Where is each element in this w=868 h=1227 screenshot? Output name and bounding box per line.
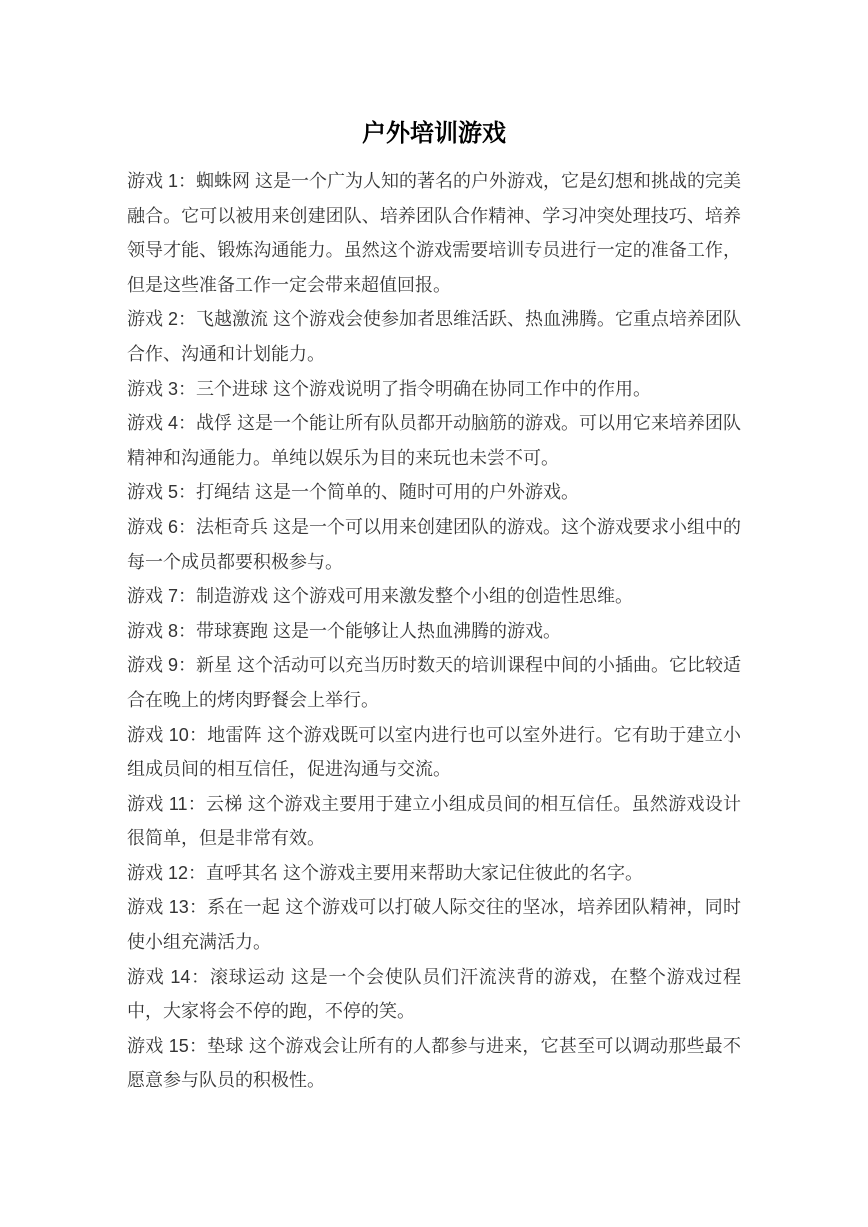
paragraph-game-10: 游戏 10：地雷阵 这个游戏既可以室内进行也可以室外进行。它有助于建立小组成员间…: [127, 718, 741, 787]
document-page: 户外培训游戏 游戏 1：蜘蛛网 这是一个广为人知的著名的户外游戏，它是幻想和挑战…: [0, 0, 868, 1227]
paragraph-game-6: 游戏 6：法柜奇兵 这是一个可以用来创建团队的游戏。这个游戏要求小组中的每一个成…: [127, 510, 741, 579]
paragraph-game-14: 游戏 14：滚球运动 这是一个会使队员们汗流浃背的游戏，在整个游戏过程中，大家将…: [127, 960, 741, 1029]
paragraph-game-9: 游戏 9：新星 这个活动可以充当历时数天的培训课程中间的小插曲。它比较适合在晚上…: [127, 648, 741, 717]
paragraph-game-15: 游戏 15：垫球 这个游戏会让所有的人都参与进来，它甚至可以调动那些最不愿意参与…: [127, 1029, 741, 1098]
paragraph-game-3: 游戏 3：三个进球 这个游戏说明了指令明确在协同工作中的作用。: [127, 372, 741, 407]
paragraph-game-8: 游戏 8：带球赛跑 这是一个能够让人热血沸腾的游戏。: [127, 614, 741, 649]
document-body: 游戏 1：蜘蛛网 这是一个广为人知的著名的户外游戏，它是幻想和挑战的完美融合。它…: [127, 164, 741, 1098]
paragraph-game-4: 游戏 4：战俘 这是一个能让所有队员都开动脑筋的游戏。可以用它来培养团队精神和沟…: [127, 406, 741, 475]
document-title: 户外培训游戏: [0, 0, 868, 148]
paragraph-game-11: 游戏 11：云梯 这个游戏主要用于建立小组成员间的相互信任。虽然游戏设计很简单，…: [127, 787, 741, 856]
paragraph-game-1: 游戏 1：蜘蛛网 这是一个广为人知的著名的户外游戏，它是幻想和挑战的完美融合。它…: [127, 164, 741, 302]
paragraph-game-13: 游戏 13：系在一起 这个游戏可以打破人际交往的坚冰，培养团队精神，同时使小组充…: [127, 890, 741, 959]
paragraph-game-7: 游戏 7：制造游戏 这个游戏可用来激发整个小组的创造性思维。: [127, 579, 741, 614]
paragraph-game-5: 游戏 5：打绳结 这是一个简单的、随时可用的户外游戏。: [127, 475, 741, 510]
paragraph-game-2: 游戏 2：飞越激流 这个游戏会使参加者思维活跃、热血沸腾。它重点培养团队合作、沟…: [127, 302, 741, 371]
paragraph-game-12: 游戏 12：直呼其名 这个游戏主要用来帮助大家记住彼此的名字。: [127, 856, 741, 891]
